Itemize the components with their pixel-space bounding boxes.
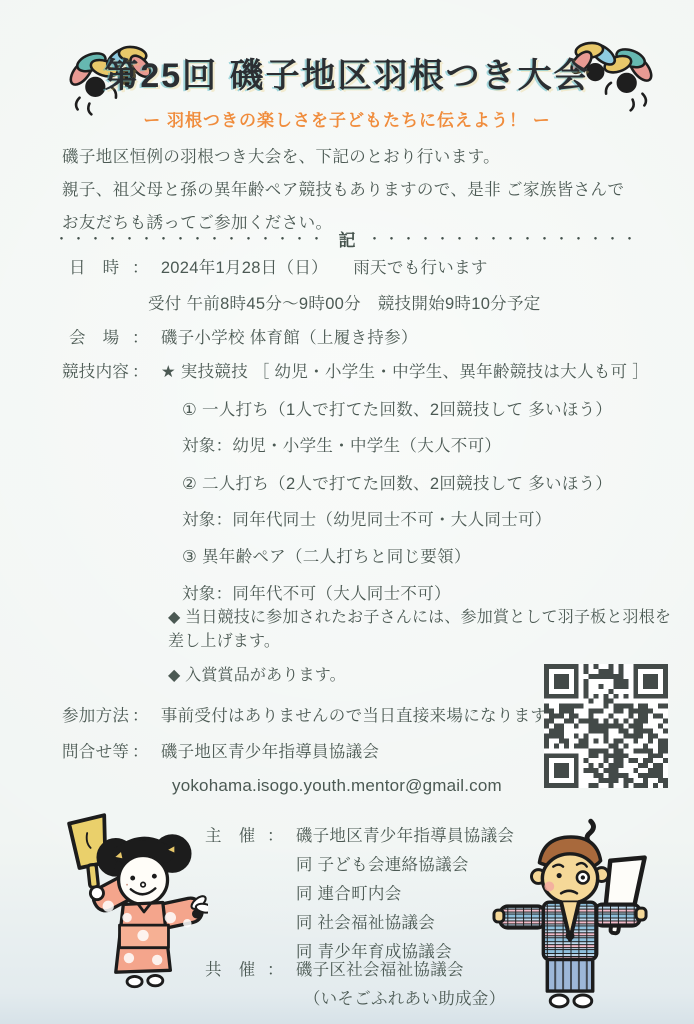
header: 第25回 磯子地区羽根つき大会 ー 羽根つきの楽しさを子どもたちに伝えよう！ ー — [0, 48, 694, 131]
event-3-target: 対象：同年代不可（大人同士不可） — [182, 580, 451, 604]
divider-dots-left: ・・・・・・・・・・・・・・・・ — [55, 229, 327, 249]
page-subtitle: ー 羽根つきの楽しさを子どもたちに伝えよう！ ー — [0, 106, 694, 131]
girl-with-hagoita-illustration — [48, 806, 208, 1016]
venue-value: 磯子小学校 体育館（上履き持参） — [161, 324, 418, 348]
datetime-row: 日 時 ： 2024年1月28日（日） 雨天でも行います — [62, 254, 488, 278]
colon: ： — [267, 822, 284, 846]
host-org-3: 同 連合町内会 — [296, 880, 514, 909]
cohost-label: 共 催 — [205, 956, 267, 980]
how-to-join-row: 参加方法 ： 事前受付はありませんので当日直接来場になります。 — [62, 702, 563, 726]
event-3-name: ③ 異年齢ペア（二人打ちと同じ要領） — [182, 543, 471, 567]
venue-row: 会 場 ： 磯子小学校 体育館（上履き持参） — [62, 324, 418, 348]
datetime-reception: 受付 午前8時45分～9時00分 競技開始9時10分予定 — [148, 290, 541, 314]
host-org-4: 同 社会福祉協議会 — [296, 909, 514, 938]
intro-line-1: 磯子地区恒例の羽根つき大会を、下記のとおり行います。 — [62, 143, 500, 167]
host-label: 主 催 — [205, 822, 267, 846]
colon: ： — [132, 738, 149, 762]
contact-email: yokohama.isogo.youth.mentor@gmail.com — [172, 776, 502, 796]
how-to-join-value: 事前受付はありませんので当日直接来場になります。 — [161, 702, 563, 726]
contact-value: 磯子地区青少年指導員協議会 — [161, 738, 379, 762]
cohost-org-2: （いそごふれあい助成金） — [296, 985, 506, 1014]
contact-row: 問合せ等 ： 磯子地区青少年指導員協議会 — [62, 738, 379, 762]
divider-label: 記 — [339, 226, 356, 251]
flyer-page: 第25回 磯子地区羽根つき大会 ー 羽根つきの楽しさを子どもたちに伝えよう！ ー… — [0, 0, 694, 1024]
colon: ： — [132, 358, 149, 382]
competition-label: 競技内容 — [62, 358, 132, 382]
colon: ： — [132, 702, 149, 726]
datetime-value: 2024年1月28日（日） 雨天でも行います — [161, 254, 488, 278]
boy-with-hagoita-illustration — [492, 818, 650, 1018]
qr-code — [544, 664, 668, 788]
ki-divider: ・・・・・・・・・・・・・・・・ 記 ・・・・・・・・・・・・・・・・ — [58, 226, 636, 251]
competition-row: 競技内容 ： ★ 実技競技 ［ 幼児・小学生・中学生、異年齢競技は大人も可 ］ — [62, 358, 649, 382]
colon: ： — [132, 254, 149, 278]
how-to-join-label: 参加方法 — [62, 702, 132, 726]
cohost-row: 共 催 ： 磯子区社会福祉協議会 （いそごふれあい助成金） — [205, 956, 505, 1014]
cohost-org-1: 磯子区社会福祉協議会 — [296, 956, 506, 985]
contact-label: 問合せ等 — [62, 738, 132, 762]
event-2-name: ② 二人打ち（2人で打てた回数、2回競技して 多いほう） — [182, 470, 612, 494]
participation-prize-note: ◆ 当日競技に参加されたお子さんには、参加賞として羽子板と羽根を差し上げます。 — [168, 606, 680, 654]
host-org-1: 磯子地区青少年指導員協議会 — [296, 822, 514, 851]
host-org-2: 同 子ども会連絡協議会 — [296, 851, 514, 880]
cohost-organizations: 磯子区社会福祉協議会 （いそごふれあい助成金） — [296, 956, 506, 1014]
colon: ： — [132, 324, 149, 348]
host-organizations: 磯子地区青少年指導員協議会 同 子ども会連絡協議会 同 連合町内会 同 社会福祉… — [296, 822, 514, 967]
event-1-name: ① 一人打ち（1人で打てた回数、2回競技して 多いほう） — [182, 396, 612, 420]
venue-label: 会 場 — [62, 324, 132, 348]
competition-heading: ★ 実技競技 ［ 幼児・小学生・中学生、異年齢競技は大人も可 ］ — [161, 358, 649, 382]
divider-dots-right: ・・・・・・・・・・・・・・・・ — [368, 229, 640, 249]
colon: ： — [267, 956, 284, 980]
datetime-label: 日 時 — [62, 254, 132, 278]
intro-line-2: 親子、祖父母と孫の異年齢ペア競技もありますので、是非 ご家族皆さんで — [62, 176, 624, 200]
page-title: 第25回 磯子地区羽根つき大会 — [0, 48, 694, 97]
event-1-target: 対象：幼児・小学生・中学生（大人不可） — [182, 432, 501, 456]
event-2-target: 対象：同年代同士（幼児同士不可・大人同士可） — [182, 506, 552, 530]
host-row: 主 催 ： 磯子地区青少年指導員協議会 同 子ども会連絡協議会 同 連合町内会 … — [205, 822, 514, 967]
